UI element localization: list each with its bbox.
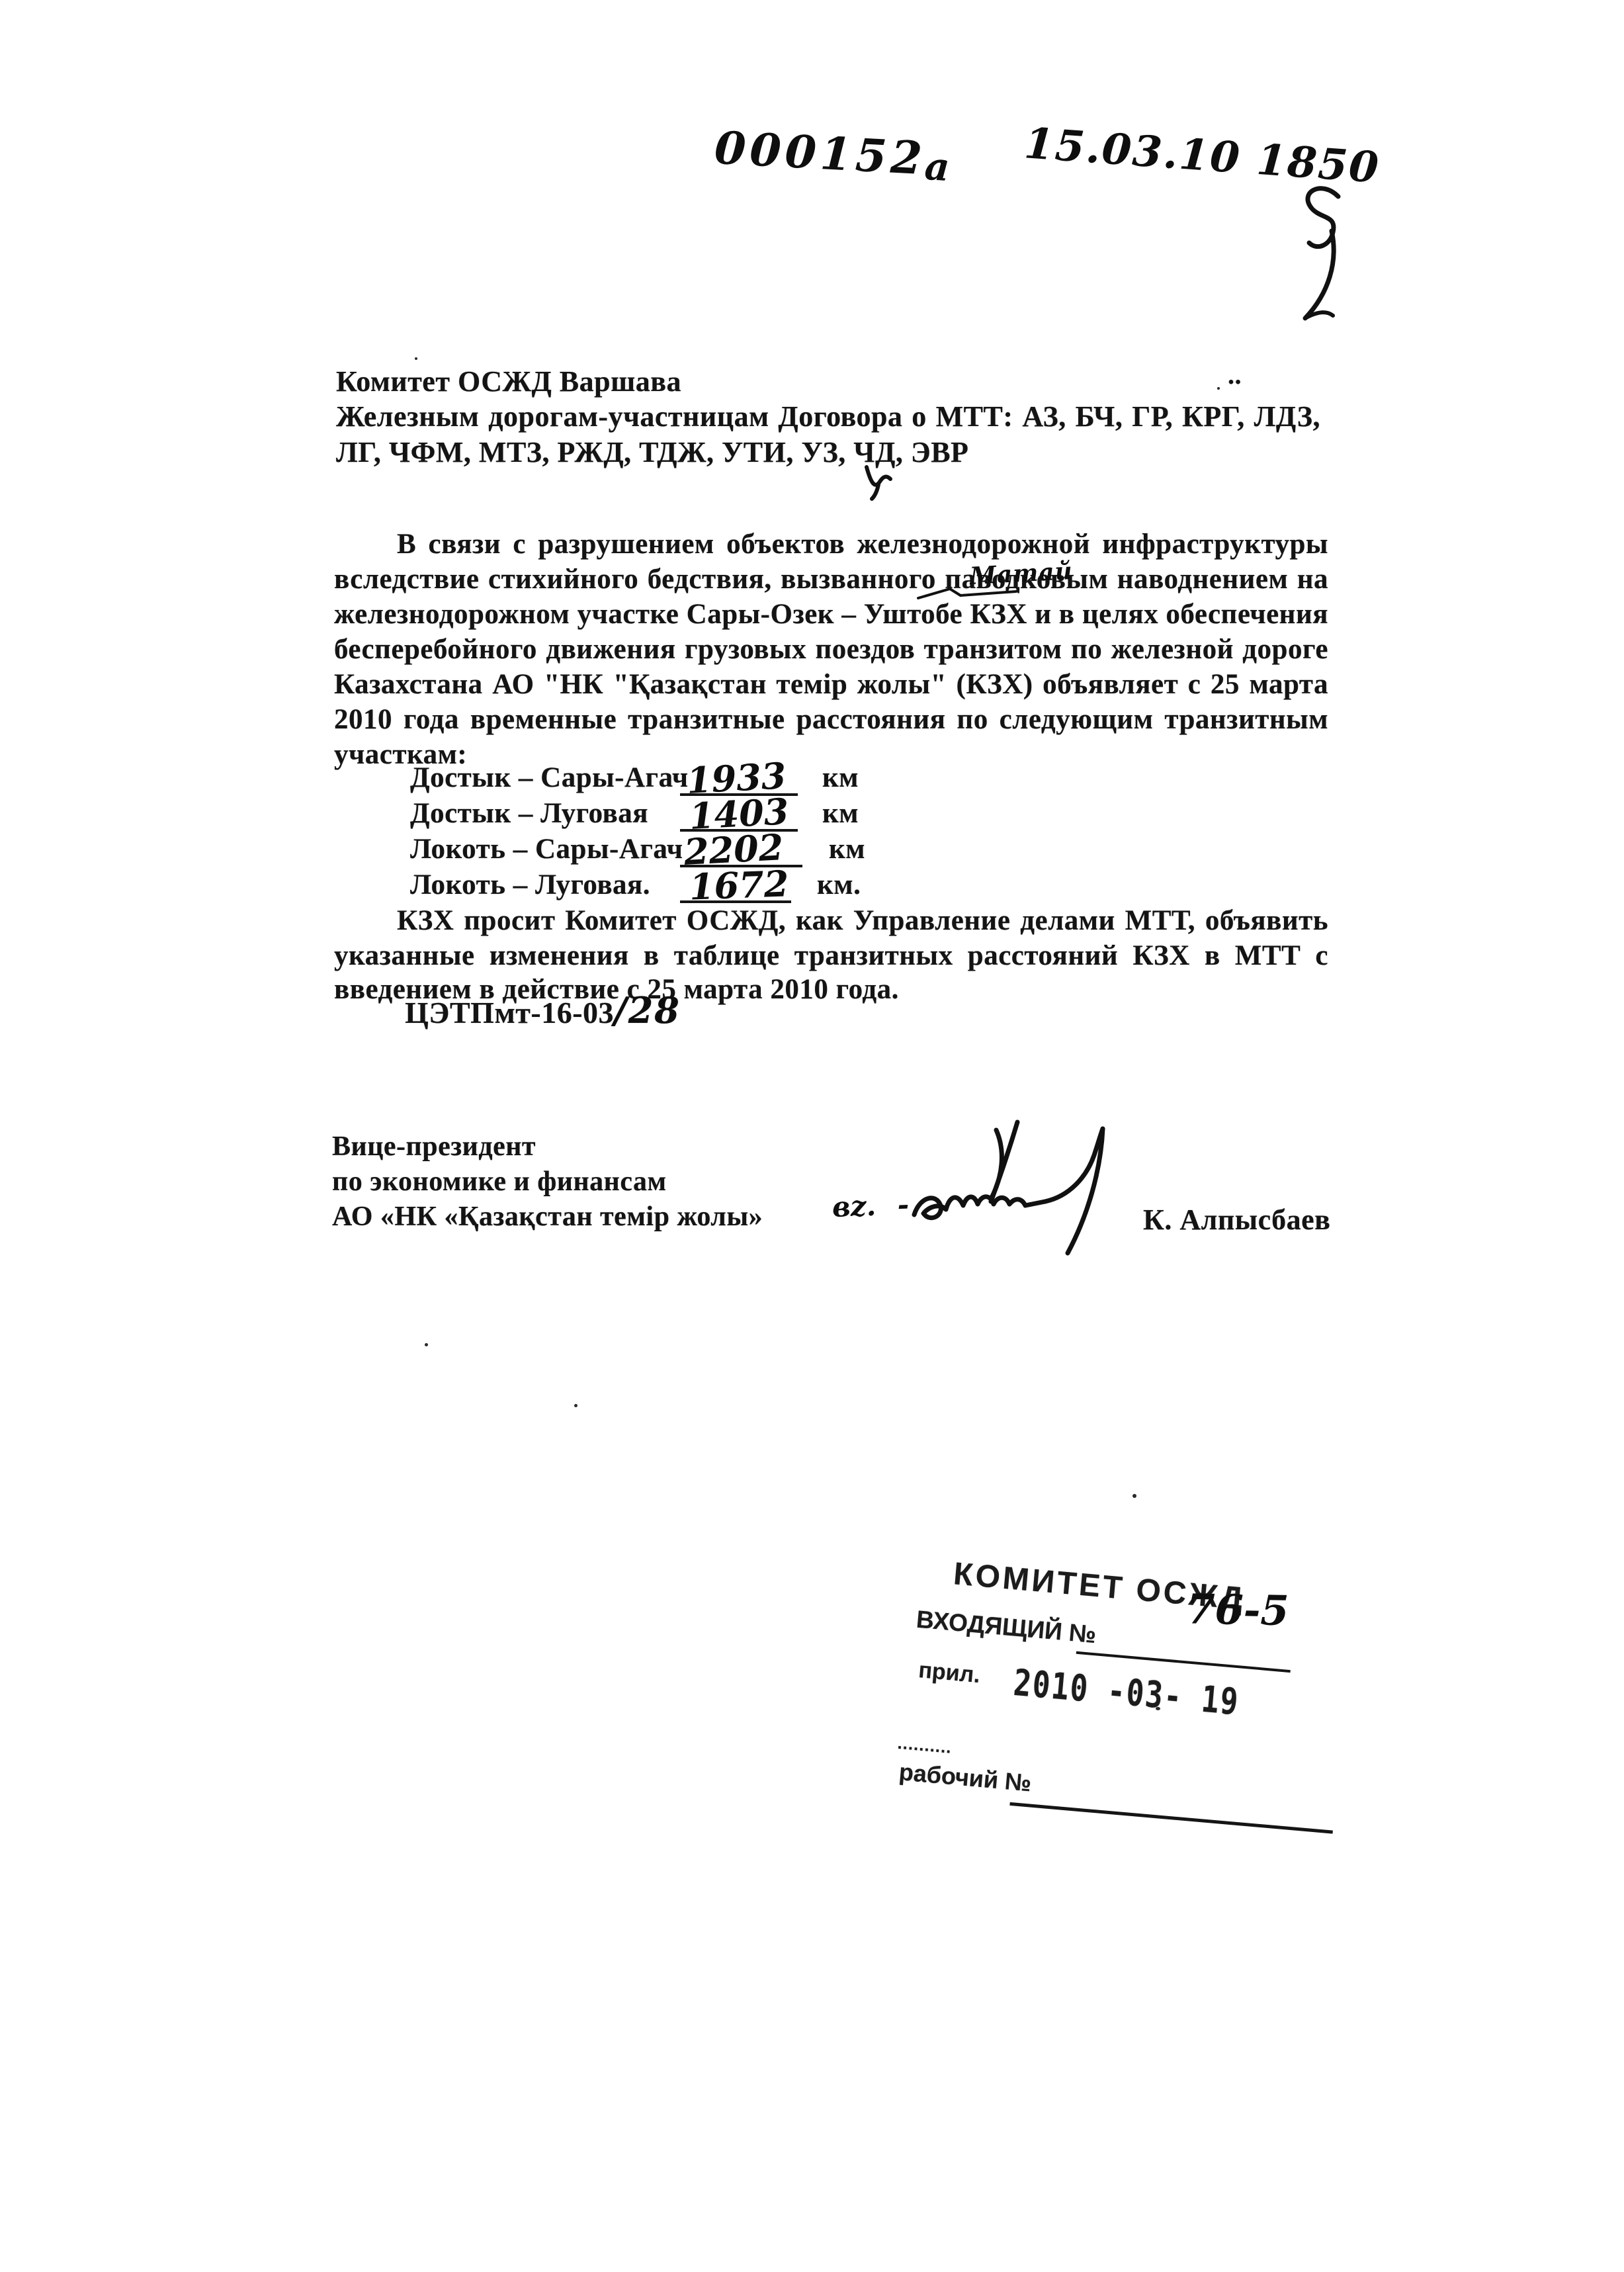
- distance-route: Достык – Сары-Агач: [410, 762, 689, 793]
- body-paragraph1-line1: В связи с разрушением объектов железнодо…: [397, 529, 1328, 560]
- scan-stray-dots: ..: [1228, 359, 1242, 390]
- body-paragraph1-line3: железнодорожном участке Сары-Озек – Ушто…: [334, 599, 1328, 630]
- signer-name: К. Алпысбаев: [1143, 1204, 1330, 1235]
- stamp-working-underline: [1009, 1802, 1333, 1834]
- signer-title-line2: по экономике и финансам: [332, 1166, 667, 1198]
- handwritten-checkmark: [860, 460, 906, 502]
- handwritten-signature: [880, 1110, 1131, 1262]
- body-paragraph1-line5: Казахстана АО "НК "Қазақстан темір жолы"…: [334, 669, 1328, 700]
- signer-title-line3: АО «НК «Қазақстан темір жолы»: [332, 1202, 763, 1233]
- distance-underline: [680, 900, 791, 903]
- handwritten-insert-caret: [917, 585, 1023, 602]
- reference-typed: ЦЭТПмт-16-03: [405, 996, 614, 1029]
- handwritten-reg-letter: а: [923, 144, 951, 190]
- scan-speck: [415, 357, 417, 360]
- body-paragraph1-line2: вследствие стихийного бедствия, вызванно…: [334, 564, 1328, 595]
- scan-speck: [1156, 1707, 1160, 1710]
- handwritten-paraph: [1287, 182, 1359, 331]
- stamp-attachment-label: прил.: [918, 1657, 981, 1688]
- distance-route: Достык – Луговая: [410, 798, 648, 829]
- distance-unit: км: [822, 762, 859, 793]
- stamp-date: 2010 -03- 19: [1012, 1662, 1241, 1724]
- distance-unit: км: [822, 798, 859, 829]
- signer-title-line1: Вице-президент: [332, 1131, 536, 1162]
- scan-speck: [425, 1343, 428, 1346]
- recipient-line-2: Железным дорогам-участницам Договора о М…: [336, 401, 1320, 432]
- stamp-incoming-number-handwritten: 76-5: [1186, 1585, 1289, 1635]
- distance-route: Локоть – Сары-Агач: [410, 834, 683, 865]
- distance-unit: км: [829, 834, 865, 865]
- scan-speck: [574, 1404, 577, 1407]
- incoming-stamp: КОМИТЕТ ОСЖД ВХОДЯЩИЙ № 76-5 прил. 2010 …: [867, 1545, 1381, 1881]
- distance-route: Локоть – Луговая.: [410, 869, 650, 900]
- handwritten-reg-number: 000152: [713, 122, 927, 186]
- scan-speck: [1217, 387, 1220, 390]
- distance-unit: км.: [817, 869, 861, 900]
- stamp-working-label: рабочий №: [898, 1758, 1033, 1797]
- body-paragraph1-line4: бесперебойного движения грузовых поездов…: [334, 634, 1328, 665]
- body-paragraph1-line6: 2010 года временные транзитные расстояни…: [334, 704, 1328, 735]
- recipient-line-1: Комитет ОСЖД Варшава: [336, 366, 681, 397]
- scan-speck: [1133, 1494, 1136, 1498]
- stamp-incoming-label: ВХОДЯЩИЙ №: [915, 1606, 1097, 1649]
- reference-handwritten-suffix: /28: [614, 989, 681, 1031]
- reference-line: ЦЭТПмт-16-03/28: [405, 995, 681, 1028]
- stamp-dots-line: ..........: [897, 1733, 953, 1758]
- body-paragraph2-line1: КЗХ просит Комитет ОСЖД, как Управление …: [397, 905, 1328, 936]
- body-paragraph2-line2: указанные изменения в таблице транзитных…: [334, 940, 1328, 971]
- scanned-letter-page: 000152 а 15.03.10 1850 Комитет ОСЖД Варш…: [0, 0, 1624, 2272]
